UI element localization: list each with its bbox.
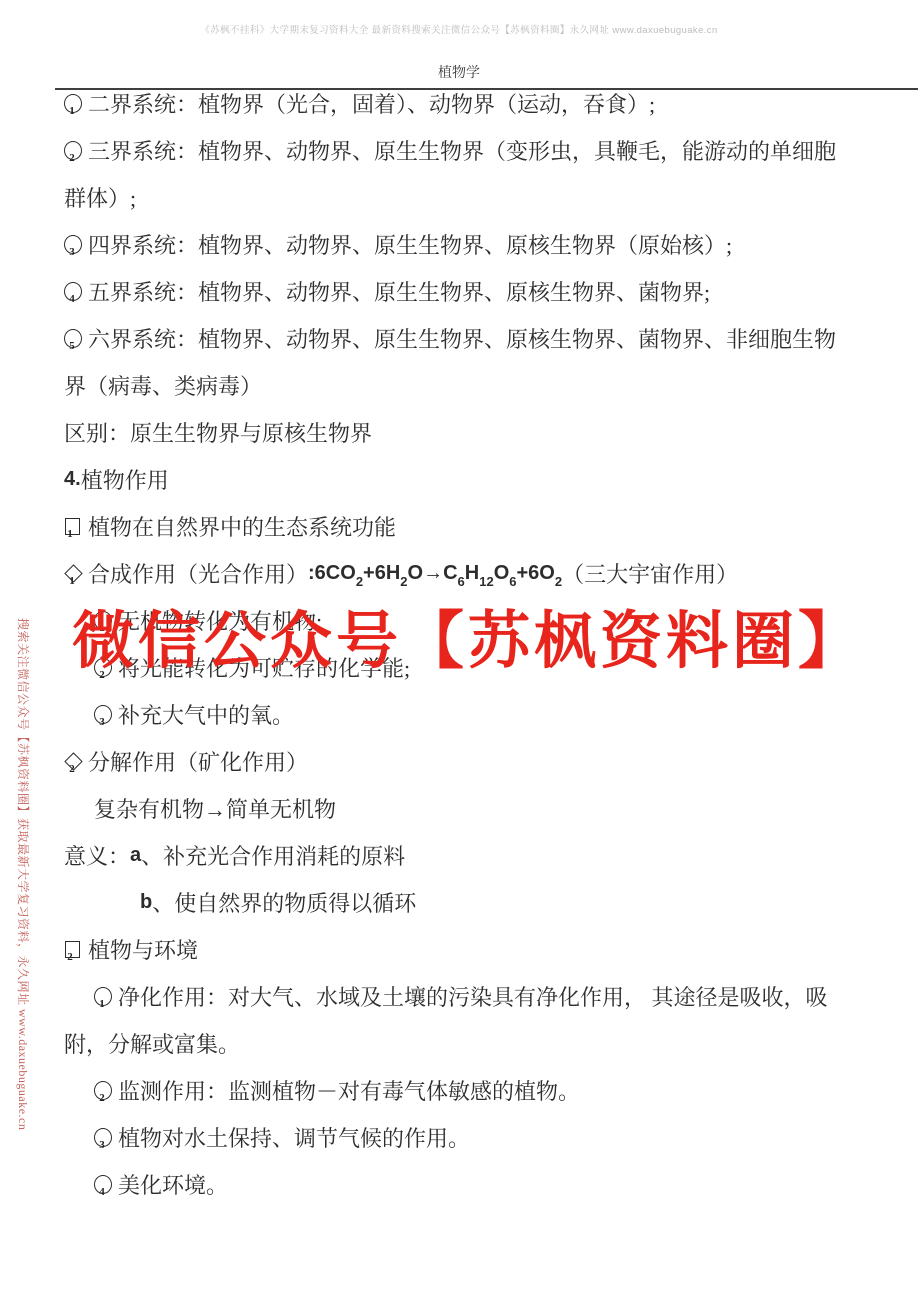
box-number-marker: 1	[64, 517, 83, 536]
formula-segment: +6H	[363, 562, 400, 585]
diamond-number-marker: 2	[64, 752, 83, 771]
text-segment: 二界系统：植物界（光合，固着）、动物界（运动，吞食）;	[88, 88, 655, 119]
doc-line: 5六界系统：植物界、动物界、原生生物界、原核生物界、菌物界、非细胞生物	[64, 315, 888, 362]
doc-line: 3补充大气中的氧。	[64, 691, 888, 738]
text-segment: 界（病毒、类病毒）	[64, 370, 262, 401]
text-segment: 植物作用	[81, 464, 169, 495]
doc-line: 1植物在自然界中的生态系统功能	[64, 503, 888, 550]
doc-line: 2植物与环境	[64, 926, 888, 973]
circle-number-marker: 2	[64, 141, 83, 160]
text-segment: 五界系统：植物界、动物界、原生生物界、原核生物界、菌物界;	[88, 276, 710, 307]
text-segment: 意义：	[64, 840, 130, 871]
formula-segment: b	[140, 891, 152, 914]
text-segment: 六界系统：植物界、动物界、原生生物界、原核生物界、菌物界、非细胞生物	[88, 323, 836, 354]
text-segment: 三界系统：植物界、动物界、原生生物界（变形虫，具鞭毛，能游动的单细胞	[88, 135, 836, 166]
doc-line: 1二界系统：植物界（光合，固着）、动物界（运动，吞食）;	[64, 80, 888, 127]
circle-number-marker: 1	[94, 987, 113, 1006]
text-segment: 植物与环境	[88, 934, 198, 965]
text-segment: 附，分解或富集。	[64, 1028, 240, 1059]
watermark-center: 微信公众号【苏枫资料圈】	[72, 608, 864, 676]
circle-number-marker: 1	[64, 94, 83, 113]
text-segment: 合成作用（光合作用）	[88, 558, 308, 589]
formula-segment: 6	[509, 574, 516, 589]
text-segment: 植物对水土保持、调节气候的作用。	[118, 1122, 470, 1153]
doc-line: 界（病毒、类病毒）	[64, 362, 888, 409]
text-segment: 区别：原生生物界与原核生物界	[64, 417, 372, 448]
page-title: 植物学	[0, 62, 918, 82]
formula-segment: 2	[555, 574, 562, 589]
text-segment: 监测作用：监测植物－对有毒气体敏感的植物。	[118, 1075, 580, 1106]
doc-line: 2三界系统：植物界、动物界、原生生物界（变形虫，具鞭毛，能游动的单细胞	[64, 127, 888, 174]
circle-number-marker: 4	[94, 1175, 113, 1194]
circle-number-marker: 3	[94, 1128, 113, 1147]
formula-segment: H	[465, 562, 479, 585]
doc-line: 3四界系统：植物界、动物界、原生生物界、原核生物界（原始核）;	[64, 221, 888, 268]
formula-segment: 12	[479, 574, 493, 589]
doc-line: 意义：a、补充光合作用消耗的原料	[64, 832, 888, 879]
doc-line: 4美化环境。	[64, 1161, 888, 1208]
doc-line: 3植物对水土保持、调节气候的作用。	[64, 1114, 888, 1161]
text-segment: 补充大气中的氧。	[118, 699, 294, 730]
box-number-marker: 2	[64, 940, 83, 959]
text-segment: 复杂有机物→简单无机物	[94, 793, 336, 824]
text-segment: 四界系统：植物界、动物界、原生生物界、原核生物界（原始核）;	[88, 229, 732, 260]
doc-line: 4.植物作用	[64, 456, 888, 503]
circle-number-marker: 2	[94, 1081, 113, 1100]
text-segment: 群体）;	[64, 182, 136, 213]
text-segment: 、使自然界的物质得以循环	[152, 887, 416, 918]
formula-segment: 2	[400, 574, 407, 589]
text-segment: 、补充光合作用消耗的原料	[141, 840, 405, 871]
circle-number-marker: 3	[94, 705, 113, 724]
formula-segment: 4.	[64, 468, 81, 491]
text-segment: （三大宇宙作用）	[562, 558, 738, 589]
doc-line: 群体）;	[64, 174, 888, 221]
formula-segment: O→C	[408, 562, 458, 585]
formula-segment: 6	[458, 574, 465, 589]
formula-segment: 2	[356, 574, 363, 589]
formula-segment: O	[494, 562, 510, 585]
doc-line: 2监测作用：监测植物－对有毒气体敏感的植物。	[64, 1067, 888, 1114]
text-segment: 分解作用（矿化作用）	[88, 746, 308, 777]
doc-line: 附，分解或富集。	[64, 1020, 888, 1067]
formula-segment: +6O	[516, 562, 554, 585]
formula-segment: :6CO	[308, 562, 356, 585]
doc-line: 复杂有机物→简单无机物	[64, 785, 888, 832]
circle-number-marker: 5	[64, 329, 83, 348]
text-segment: 植物在自然界中的生态系统功能	[88, 511, 396, 542]
circle-number-marker: 3	[64, 235, 83, 254]
page-header-watermark: 《苏枫不挂科》大学期末复习资料大全 最新资料搜索关注微信公众号【苏枫资料圈】永久…	[0, 22, 918, 36]
doc-line: 4五界系统：植物界、动物界、原生生物界、原核生物界、菌物界;	[64, 268, 888, 315]
doc-line: 区别：原生生物界与原核生物界	[64, 409, 888, 456]
circle-number-marker: 4	[64, 282, 83, 301]
doc-line: 1净化作用：对大气、水域及土壤的污染具有净化作用， 其途径是吸收，吸	[64, 973, 888, 1020]
doc-line: 1合成作用（光合作用）:6CO2+6H2O→C6H12O6+6O2 （三大宇宙作…	[64, 550, 888, 597]
diamond-number-marker: 1	[64, 564, 83, 583]
doc-line: b、使自然界的物质得以循环	[64, 879, 888, 926]
watermark-side: 搜索关注微信公众号【苏枫资料圈】获取最新大学复习资料，永久网址 www.daxu…	[16, 618, 30, 1102]
text-segment: 美化环境。	[118, 1169, 228, 1200]
doc-line: 2分解作用（矿化作用）	[64, 738, 888, 785]
text-segment: 净化作用：对大气、水域及土壤的污染具有净化作用， 其途径是吸收，吸	[118, 981, 828, 1012]
formula-segment: a	[130, 844, 141, 867]
